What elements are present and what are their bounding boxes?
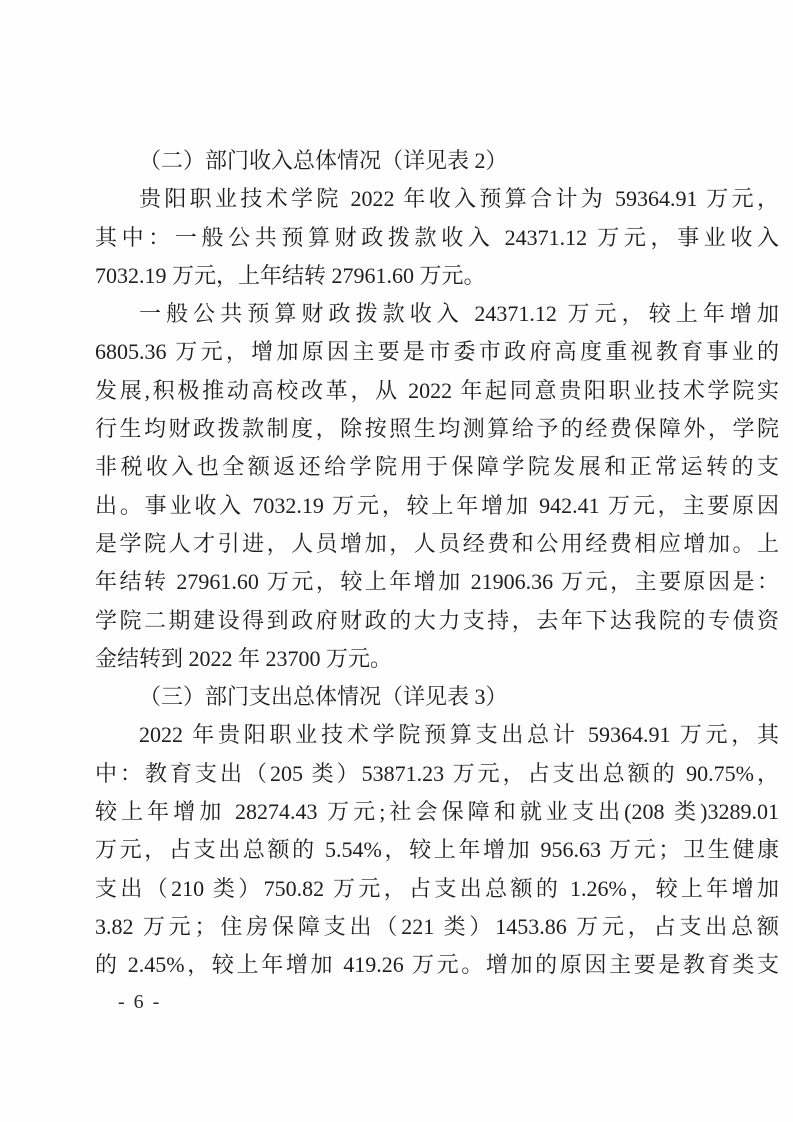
body-text-line: 年结转 27961.60 万元，较上年增加 21906.36 万元，主要原因是： — [95, 563, 779, 601]
body-text-line: 是学院人才引进，人员增加，人员经费和公用经费相应增加。上 — [95, 525, 779, 563]
page-number: - 6 - — [118, 989, 161, 1015]
body-text-line: 出。事业收入 7032.19 万元，较上年增加 942.41 万元，主要原因 — [95, 487, 779, 525]
document-page: （二）部门收入总体情况（详见表 2） 贵阳职业技术学院 2022 年收入预算合计… — [0, 0, 793, 1122]
body-text-line: 7032.19 万元，上年结转 27961.60 万元。 — [95, 257, 779, 295]
body-text-line: 发展,积极推动高校改革，从 2022 年起同意贵阳职业技术学院实 — [95, 372, 779, 410]
body-text-line: 的 2.45%，较上年增加 419.26 万元。增加的原因主要是教育类支 — [95, 946, 779, 984]
body-text-line: 学院二期建设得到政府财政的大力支持，去年下达我院的专债资 — [95, 602, 779, 640]
body-text-line: 行生均财政拨款制度，除按照生均测算给予的经费保障外，学院 — [95, 410, 779, 448]
body-text-line: 支出（210 类）750.82 万元，占支出总额的 1.26%，较上年增加 — [95, 870, 779, 908]
document-body: （二）部门收入总体情况（详见表 2） 贵阳职业技术学院 2022 年收入预算合计… — [95, 142, 779, 985]
section-heading-income: （二）部门收入总体情况（详见表 2） — [95, 142, 779, 180]
body-text-line: 万元，占支出总额的 5.54%，较上年增加 956.63 万元；卫生健康 — [95, 831, 779, 869]
body-text-line: 其中：一般公共预算财政拨款收入 24371.12 万元，事业收入 — [95, 219, 779, 257]
body-text-line: 2022 年贵阳职业技术学院预算支出总计 59364.91 万元，其 — [95, 716, 779, 754]
body-text-line: 非税收入也全额返还给学院用于保障学院发展和正常运转的支 — [95, 448, 779, 486]
body-text-line: 金结转到 2022 年 23700 万元。 — [95, 640, 779, 678]
body-text-line: 一般公共预算财政拨款收入 24371.12 万元，较上年增加 — [95, 295, 779, 333]
body-text-line: 3.82 万元；住房保障支出（221 类）1453.86 万元，占支出总额 — [95, 908, 779, 946]
body-text-line: 中：教育支出（205 类）53871.23 万元，占支出总额的 90.75%， — [95, 755, 779, 793]
body-text-line: 6805.36 万元，增加原因主要是市委市政府高度重视教育事业的 — [95, 333, 779, 371]
body-text-line: 贵阳职业技术学院 2022 年收入预算合计为 59364.91 万元， — [95, 180, 779, 218]
section-heading-expenditure: （三）部门支出总体情况（详见表 3） — [95, 678, 779, 716]
body-text-line: 较上年增加 28274.43 万元;社会保障和就业支出(208 类)3289.0… — [95, 793, 779, 831]
